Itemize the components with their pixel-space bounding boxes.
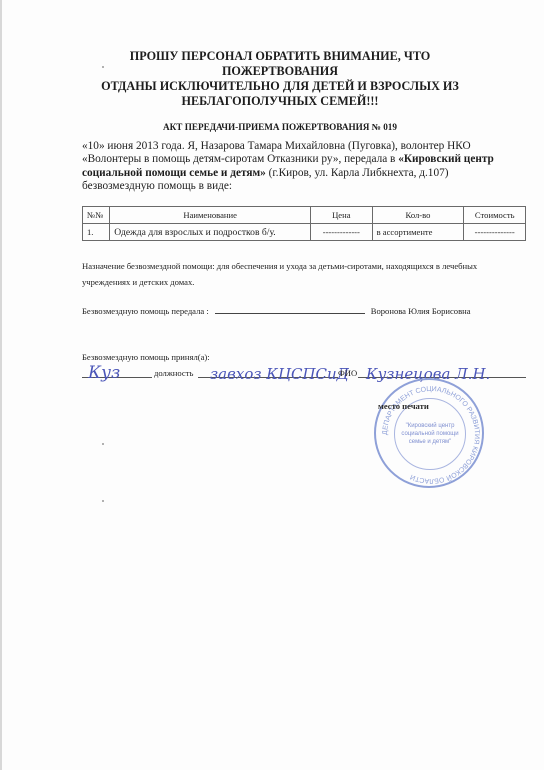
- cell-cost: --------------: [464, 224, 526, 241]
- col-name: Наименование: [110, 207, 311, 224]
- table-row: 1. Одежда для взрослых и подростков б/у.…: [83, 224, 526, 241]
- col-cost: Стоимость: [464, 207, 526, 224]
- notice-line: ПРОШУ ПЕРСОНАЛ ОБРАТИТЬ ВНИМАНИЕ, ЧТО ПО…: [80, 49, 480, 79]
- stamp-place-label: место печати: [378, 401, 429, 411]
- purpose-text: Назначение безвозмездной помощи: для обе…: [82, 258, 522, 290]
- given-by-label: Безвозмездную помощь передала :: [82, 306, 209, 316]
- official-stamp: ДЕПАРТАМЕНТ СОЦИАЛЬНОГО РАЗВИТИЯ КИРОВСК…: [374, 378, 484, 488]
- items-table: №№ Наименование Цена Кол-во Стоимость 1.…: [82, 206, 526, 241]
- col-price: Цена: [311, 207, 373, 224]
- given-by-line: Безвозмездную помощь передала :Воронова …: [82, 304, 471, 316]
- act-title: АКТ ПЕРЕДАЧИ-ПРИЕМА ПОЖЕРТВОВАНИЯ № 019: [80, 122, 480, 132]
- cell-price: -------------: [311, 224, 373, 241]
- notice-heading: ПРОШУ ПЕРСОНАЛ ОБРАТИТЬ ВНИМАНИЕ, ЧТО ПО…: [80, 49, 480, 109]
- table-header-row: №№ Наименование Цена Кол-во Стоимость: [83, 207, 526, 224]
- given-by-name: Воронова Юлия Борисовна: [371, 306, 471, 316]
- col-number: №№: [83, 207, 110, 224]
- col-quantity: Кол-во: [372, 207, 464, 224]
- scan-speck: [102, 500, 104, 502]
- handwritten-signature: Куз: [88, 363, 120, 383]
- cell-name: Одежда для взрослых и подростков б/у.: [110, 224, 311, 241]
- stamp-center-text: "Кировский центр социальной помощи семье…: [395, 422, 465, 446]
- cell-number: 1.: [83, 224, 110, 241]
- notice-line: ОТДАНЫ ИСКЛЮЧИТЕЛЬНО ДЛЯ ДЕТЕЙ И ВЗРОСЛЫ…: [80, 79, 480, 94]
- position-label: должность: [154, 368, 193, 378]
- fio-label: ФИО: [338, 368, 357, 378]
- signature-blank: [215, 304, 365, 314]
- notice-line: НЕБЛАГОПОЛУЧНЫХ СЕМЕЙ!!!: [80, 94, 480, 109]
- page-edge: [0, 0, 2, 770]
- cell-quantity: в ассортименте: [372, 224, 464, 241]
- act-intro: «10» июня 2013 года. Я, Назарова Тамара …: [82, 140, 502, 194]
- scan-speck: [102, 443, 104, 445]
- handwritten-position: завхоз КЦСПСиД: [210, 365, 349, 383]
